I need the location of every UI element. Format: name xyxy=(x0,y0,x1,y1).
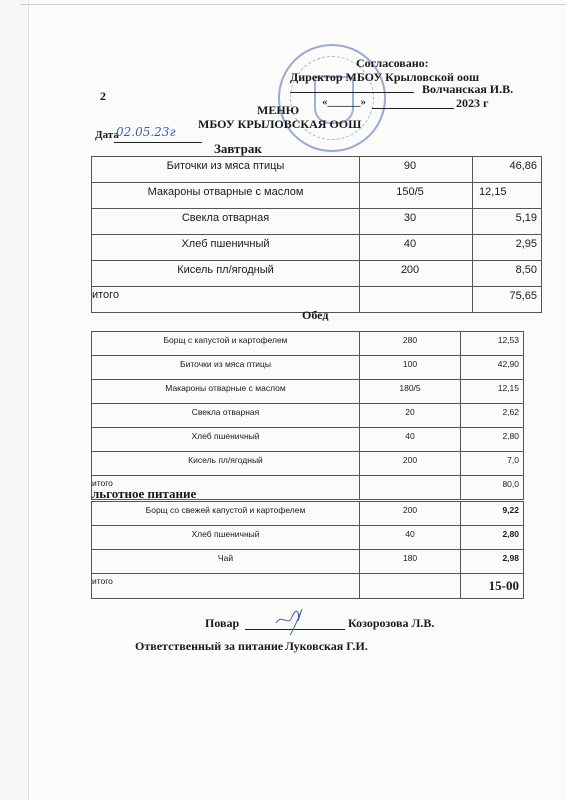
portion: 30 xyxy=(360,209,473,235)
table-row: Биточки из мяса птицы9046,86 xyxy=(92,157,542,183)
dish-name: Чай xyxy=(92,550,360,574)
table-row: Свекла отварная202,62 xyxy=(92,404,524,428)
price: 42,90 xyxy=(461,356,524,380)
portion: 280 xyxy=(360,332,461,356)
cook-label: Повар xyxy=(205,616,239,631)
portion: 40 xyxy=(360,526,461,550)
portion: 200 xyxy=(360,452,461,476)
section-title-lunch: Обед xyxy=(302,308,328,323)
price: 2,98 xyxy=(461,550,524,574)
dish-name: Свекла отварная xyxy=(92,404,360,428)
table-row: Кисель пл/ягодный2007,0 xyxy=(92,452,524,476)
dish-name: Хлеб пшеничный xyxy=(92,428,360,452)
responsible-label: Ответственный за питание xyxy=(135,639,283,654)
table-row: Борщ со свежей капустой и картофелем2009… xyxy=(92,502,524,526)
table-row: Чай1802,98 xyxy=(92,550,524,574)
cook-signature xyxy=(272,605,316,635)
page-number: 2 xyxy=(100,89,106,104)
table-row: Кисель пл/ягодный2008,50 xyxy=(92,261,542,287)
portion: 150/5 xyxy=(360,183,473,209)
responsible-name: Луковская Г.И. xyxy=(285,639,368,654)
price: 7,0 xyxy=(461,452,524,476)
approval-day: «______» xyxy=(322,96,366,108)
date-line xyxy=(114,142,202,143)
dish-name: Кисель пл/ягодный xyxy=(92,261,360,287)
director-name: Волчанская И.В. xyxy=(422,82,513,97)
dish-name: Биточки из мяса птицы xyxy=(92,356,360,380)
price: 2,80 xyxy=(461,428,524,452)
total-value: 15-00 xyxy=(461,574,524,599)
section-title-breakfast: Завтрак xyxy=(214,141,262,157)
dish-name: Хлеб пшеничный xyxy=(92,526,360,550)
price: 12,15 xyxy=(461,380,524,404)
price: 9,22 xyxy=(461,502,524,526)
table-row: Хлеб пшеничный402,80 xyxy=(92,526,524,550)
price: 2,62 xyxy=(461,404,524,428)
price: 2,80 xyxy=(461,526,524,550)
dish-name: Макароны отварные с маслом xyxy=(92,380,360,404)
dish-name: Борщ со свежей капустой и картофелем xyxy=(92,502,360,526)
total-label: итого xyxy=(92,574,360,599)
price: 5,19 xyxy=(473,209,542,235)
preferential-table: Борщ со свежей капустой и картофелем2009… xyxy=(91,501,524,599)
price: 12,53 xyxy=(461,332,524,356)
dish-name: Макароны отварные с маслом xyxy=(92,183,360,209)
total-value: 75,65 xyxy=(473,287,542,313)
approval-month-line xyxy=(372,108,454,109)
portion: 200 xyxy=(360,261,473,287)
approval-year: 2023 г xyxy=(456,96,488,111)
total-row: итого15-00 xyxy=(92,574,524,599)
portion: 180 xyxy=(360,550,461,574)
paper-top-edge xyxy=(20,4,566,5)
portion: 20 xyxy=(360,404,461,428)
price: 12,15 xyxy=(473,183,542,209)
dish-name: Кисель пл/ягодный xyxy=(92,452,360,476)
price: 2,95 xyxy=(473,235,542,261)
table-row: Свекла отварная305,19 xyxy=(92,209,542,235)
breakfast-table: Биточки из мяса птицы9046,86 Макароны от… xyxy=(91,156,542,313)
menu-title: МЕНЮ xyxy=(257,103,299,118)
table-row: Макароны отварные с маслом150/512,15 xyxy=(92,183,542,209)
table-row: Макароны отварные с маслом180/512,15 xyxy=(92,380,524,404)
lunch-table: Борщ с капустой и картофелем28012,53 Бит… xyxy=(91,331,524,500)
section-title-preferential: льготное питание xyxy=(92,486,196,502)
portion: 40 xyxy=(360,235,473,261)
table-row: Борщ с капустой и картофелем28012,53 xyxy=(92,332,524,356)
portion: 40 xyxy=(360,428,461,452)
total-value: 80,0 xyxy=(461,476,524,500)
portion: 200 xyxy=(360,502,461,526)
portion: 180/5 xyxy=(360,380,461,404)
director-signature-line xyxy=(290,92,414,93)
cook-name: Козорозова Л.В. xyxy=(348,616,434,631)
approved-label: Согласовано: xyxy=(356,56,429,71)
table-row: Биточки из мяса птицы10042,90 xyxy=(92,356,524,380)
table-row: Хлеб пшеничный402,80 xyxy=(92,428,524,452)
dish-name: Хлеб пшеничный xyxy=(92,235,360,261)
dish-name: Свекла отварная xyxy=(92,209,360,235)
date-value: 02.05.23г xyxy=(116,125,176,139)
table-row: Хлеб пшеничный402,95 xyxy=(92,235,542,261)
price: 46,86 xyxy=(473,157,542,183)
price: 8,50 xyxy=(473,261,542,287)
school-name: МБОУ КРЫЛОВСКАЯ ООШ xyxy=(198,117,361,132)
portion: 90 xyxy=(360,157,473,183)
dish-name: Борщ с капустой и картофелем xyxy=(92,332,360,356)
portion: 100 xyxy=(360,356,461,380)
dish-name: Биточки из мяса птицы xyxy=(92,157,360,183)
